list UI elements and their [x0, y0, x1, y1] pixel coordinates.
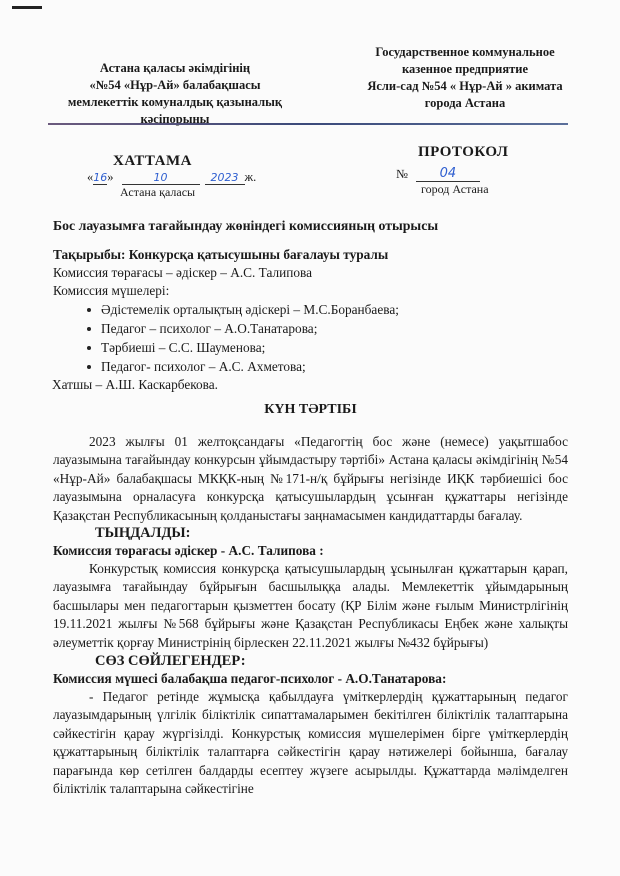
member-item: Әдістемелік орталықтың әдіскері – М.С.Бо… — [87, 300, 568, 319]
date-suffix: ж. — [245, 170, 257, 185]
heard-title: ТЫҢДАЛДЫ: — [53, 524, 568, 542]
protocol-date: « 16 » 10 2023 ж. — [87, 170, 256, 185]
members-list: Әдістемелік орталықтың әдіскері – М.С.Бо… — [53, 300, 568, 376]
members-label: Комиссия мүшелері: — [53, 282, 568, 300]
protocol-number-field: 04 — [416, 166, 480, 182]
city-kz: Астана қаласы — [120, 185, 195, 200]
letterhead-ru: Государственное коммунальное казенное пр… — [350, 44, 580, 128]
letterhead-divider — [48, 123, 568, 125]
member-item: Тәрбиеші – С.С. Шауменова; — [87, 338, 568, 357]
city-ru: город Астана — [421, 182, 489, 197]
speeches-text: - Педагог ретінде жұмысқа қабылдауға үмі… — [53, 688, 568, 798]
letterhead-ru-line: казенное предприятие — [350, 61, 580, 78]
letterhead-kz-line: кәсіпорыны — [40, 111, 310, 128]
letterhead-kz: Астана қаласы әкімдігінің «№54 «Нұр-Ай» … — [40, 60, 310, 128]
number-prefix: № — [396, 167, 408, 182]
meeting-details: Тақырыбы: Конкурсқа қатысушыны бағалауы … — [53, 246, 568, 394]
letterhead-kz-line: Астана қаласы әкімдігінің — [40, 60, 310, 77]
meeting-topic: Тақырыбы: Конкурсқа қатысушыны бағалауы … — [53, 246, 568, 264]
agenda-title: КҮН ТӘРТІБІ — [53, 401, 568, 419]
speeches-title: СӨЗ СӨЙЛЕГЕНДЕР: — [53, 652, 568, 670]
protocol-title-kz: ХАТТАМА — [113, 153, 192, 170]
speeches-speaker: Комиссия мүшесі балабақша педагог-психол… — [53, 670, 568, 688]
date-month-field: 10 — [122, 171, 200, 185]
agenda-text: 2023 жылғы 01 желтоқсандағы «Педагогтің … — [53, 433, 568, 525]
letterhead: Астана қаласы әкімдігінің «№54 «Нұр-Ай» … — [40, 44, 580, 128]
letterhead-ru-line: Ясли-сад №54 « Нұр-Ай » акимата — [350, 78, 580, 95]
scan-artifact-mark — [12, 6, 42, 9]
protocol-title-ru: ПРОТОКОЛ — [418, 144, 508, 161]
meeting-title: Бос лауазымға тағайындау жөніндегі комис… — [53, 217, 568, 235]
member-item: Педагог- психолог – А.С. Ахметова; — [87, 357, 568, 376]
protocol-number: № 04 — [396, 166, 480, 182]
member-item: Педагог – психолог – А.О.Танатарова; — [87, 319, 568, 338]
letterhead-kz-line: мемлекеттік комуналдық қазыналық — [40, 94, 310, 111]
heard-text: Конкурстық комиссия конкурсқа қатысушыла… — [53, 560, 568, 652]
agenda-section: КҮН ТӘРТІБІ 2023 жылғы 01 желтоқсандағы … — [53, 401, 568, 799]
commission-chair: Комиссия төрағасы – әдіскер – А.С. Талип… — [53, 264, 568, 282]
secretary: Хатшы – А.Ш. Каскарбекова. — [52, 376, 568, 394]
letterhead-ru-line: города Астана — [350, 95, 580, 112]
heard-speaker: Комиссия төрағасы әдіскер - А.С. Талипов… — [53, 542, 568, 560]
letterhead-ru-line: Государственное коммунальное — [350, 44, 580, 61]
date-close-quote: » — [107, 170, 113, 185]
date-year-field: 2023 — [205, 171, 245, 185]
meeting-heading: Бос лауазымға тағайындау жөніндегі комис… — [53, 217, 568, 235]
date-day-field: 16 — [93, 171, 107, 185]
letterhead-kz-line: «№54 «Нұр-Ай» балабақшасы — [40, 77, 310, 94]
